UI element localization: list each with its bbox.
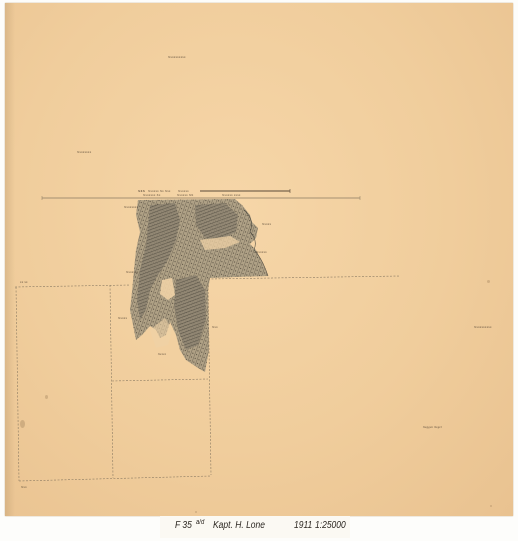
place-label-left: Xxxxxxxx xyxy=(77,150,91,154)
relief-label-3: Xxxxxx xyxy=(256,250,267,254)
shore-label-3: Xxx xyxy=(212,325,218,329)
place-label-top: Xxxxxxxxxx xyxy=(168,55,186,59)
footer-sheet-id: F 35 xyxy=(175,520,192,531)
place-label-right: Xxxxxxxxxx xyxy=(474,325,492,329)
header-sub-label-2: Xxxxxx XX xyxy=(177,193,194,197)
footer-scale: 1:25000 xyxy=(315,520,346,531)
footer-year: 1911 xyxy=(294,520,312,531)
relief-label-1: Xxxxxxxx xyxy=(124,205,138,209)
footer-author: Kapt. H. Lone xyxy=(213,520,265,531)
header-label-right: Xxxxxx xxxx xyxy=(222,193,241,197)
shore-label-1: Xxxxxxx xyxy=(126,270,139,274)
shore-label-2: Xxxxx xyxy=(118,316,127,320)
header-scale-bar xyxy=(42,189,360,200)
header-sub-label-1: Xxxxxxx Xx xyxy=(143,193,161,197)
relief-label-2: Xxxxx xyxy=(262,222,271,226)
footer-sheet-fraction: a/d xyxy=(196,519,204,526)
grid-corner-label-bottom-left: Xxx xyxy=(21,485,27,489)
place-label-lower-right: Xxggen Xxgel xyxy=(423,425,442,429)
lake-label: Xxxxx xyxy=(158,352,166,356)
map-drawing xyxy=(0,0,518,541)
map-scan: Xxxxxxxxxx Xxxxxxxx XXX Xxxxxx Xx Xxx Xx… xyxy=(0,0,518,541)
relief-hachure-area xyxy=(130,199,268,372)
grid-corner-label-top-left: xx xx xyxy=(20,280,28,284)
